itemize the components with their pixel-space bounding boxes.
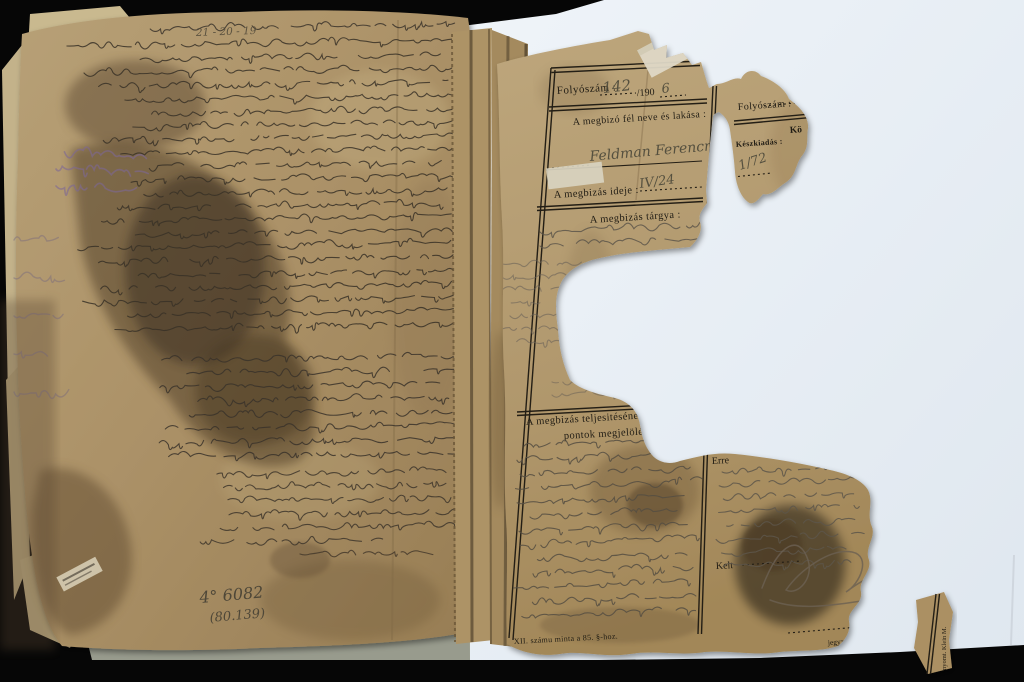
manuscript-page-stack: 21 - 20 - 19 4° 6082 (80.139) [0, 6, 474, 650]
manuscript-date-numbers: 21 - 20 - 19 [195, 25, 257, 39]
koltseg-fragment: Kö [790, 125, 803, 136]
erre-fragment: Erre [712, 455, 730, 467]
printer-imprint-vertical: nyomt. Klein M. [941, 626, 948, 670]
kelt-label: Kelt [716, 560, 734, 572]
year-value: 6 [661, 81, 671, 97]
year-printed: /190 [637, 87, 655, 99]
scanned-archival-document: 21 - 20 - 19 4° 6082 (80.139) [0, 0, 1024, 682]
scan-canvas: 21 - 20 - 19 4° 6082 (80.139) [0, 0, 1024, 682]
folyoszam-value: 142 [602, 76, 632, 97]
